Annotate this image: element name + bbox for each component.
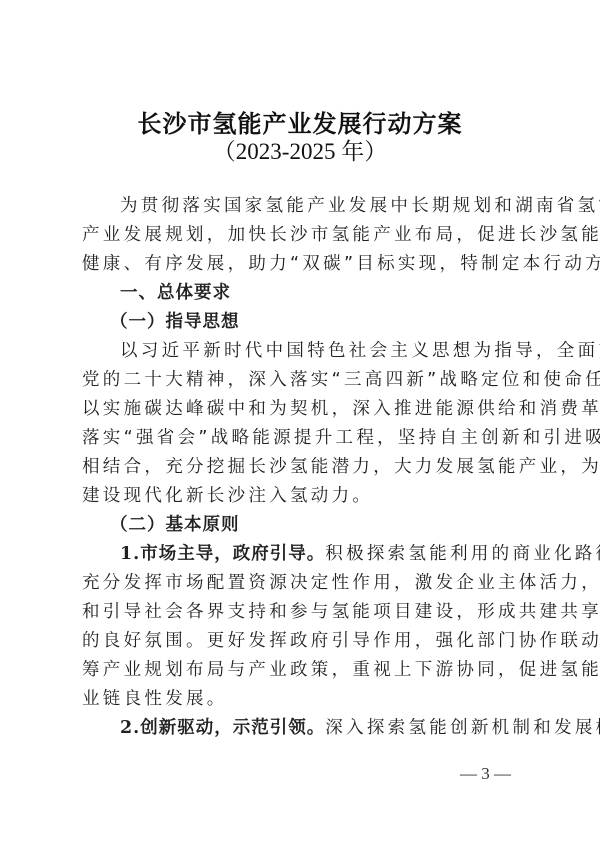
paragraph-line: 和引导社会各界支持和参与氢能项目建设，形成共建共享共管 [82, 598, 522, 627]
subsection-heading: （一）指导思想 [82, 308, 522, 337]
paragraph-line: 建设现代化新长沙注入氢动力。 [82, 482, 522, 511]
principle-2-first-line: 2.创新驱动，示范引领。深入探索氢能创新机制和发展模 [82, 714, 522, 743]
paragraph-line: 筹产业规划布局与产业政策，重视上下游协同，促进氢能全产 [82, 656, 522, 685]
principle-1-first-line: 1.市场主导，政府引导。积极探索氢能利用的商业化路径， [82, 540, 522, 569]
paragraph-line: 落实“强省会”战略能源提升工程，坚持自主创新和引进吸收 [82, 424, 522, 453]
intro-line: 产业发展规划，加快长沙市氢能产业布局，促进长沙氢能经济 [82, 221, 522, 250]
section-heading: 一、总体要求 [82, 279, 522, 308]
document-body: 为贯彻落实国家氢能产业发展中长期规划和湖南省氢能 产业发展规划，加快长沙市氢能产… [82, 192, 522, 743]
page-number: — 3 — [460, 764, 511, 784]
intro-line: 为贯彻落实国家氢能产业发展中长期规划和湖南省氢能 [82, 192, 522, 221]
paragraph-line: 党的二十大精神，深入落实“三高四新”战略定位和使命任务， [82, 366, 522, 395]
principle-2-title: 2.创新驱动，示范引领。 [120, 718, 325, 738]
paragraph-line: 业链良性发展。 [82, 685, 522, 714]
document-subtitle: （2023-2025 年） [0, 133, 600, 166]
principle-1-text: 积极探索氢能利用的商业化路径， [325, 544, 600, 564]
principle-2-text: 深入探索氢能创新机制和发展模 [325, 718, 600, 738]
paragraph-line: 充分发挥市场配置资源决定性作用，激发企业主体活力，鼓励 [82, 569, 522, 598]
intro-line: 健康、有序发展，助力“双碳”目标实现，特制定本行动方案。 [82, 250, 522, 279]
subsection-heading: （二）基本原则 [82, 511, 522, 540]
paragraph-line: 以实施碳达峰碳中和为契机，深入推进能源供给和消费革命， [82, 395, 522, 424]
paragraph-line: 以习近平新时代中国特色社会主义思想为指导，全面贯彻 [82, 337, 522, 366]
paragraph-line: 相结合，充分挖掘长沙氢能潜力，大力发展氢能产业，为全面 [82, 453, 522, 482]
document-page: 长沙市氢能产业发展行动方案 （2023-2025 年） 为贯彻落实国家氢能产业发… [0, 0, 600, 848]
principle-1-title: 1.市场主导，政府引导。 [120, 544, 325, 564]
paragraph-line: 的良好氛围。更好发挥政府引导作用，强化部门协作联动，统 [82, 627, 522, 656]
